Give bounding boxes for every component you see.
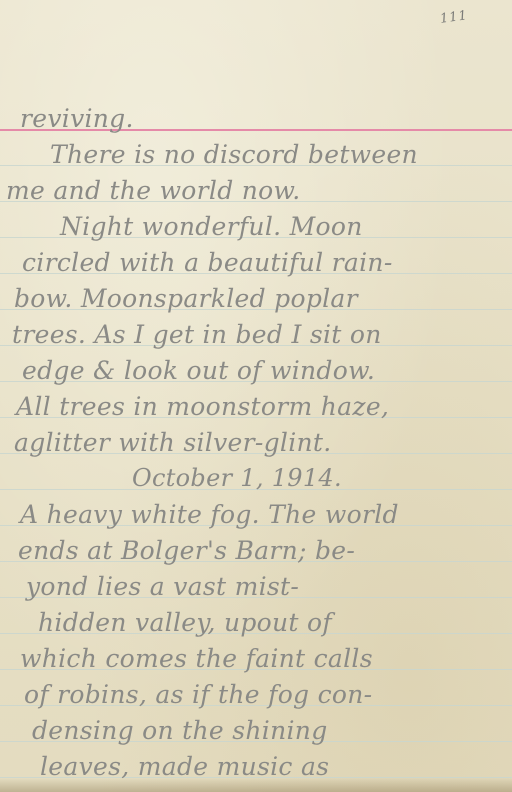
text-line: All trees in moonstorm haze,: [16, 392, 389, 421]
text-line: hidden valley, upout of: [38, 608, 332, 637]
text-line: yond lies a vast mist-: [26, 572, 299, 601]
text-line: circled with a beautiful rain-: [22, 248, 393, 277]
text-line: leaves, made music as: [40, 752, 329, 781]
entry-date: October 1, 1914.: [132, 464, 342, 492]
text-line: which comes the faint calls: [20, 644, 373, 673]
text-line: A heavy white fog. The world: [20, 500, 399, 529]
text-line: There is no discord between: [50, 140, 418, 169]
text-line: densing on the shining: [32, 716, 328, 745]
text-line: ends at Bolger's Barn; be-: [18, 536, 355, 565]
text-line: of robins, as if the fog con-: [24, 680, 372, 709]
text-line: me and the world now.: [6, 176, 300, 205]
diary-page: 111 reviving. There is no discord betwee…: [0, 0, 512, 792]
text-line: Night wonderful. Moon: [60, 212, 363, 241]
page-number: 111: [439, 8, 469, 27]
text-line: reviving.: [20, 104, 134, 133]
text-line: edge & look out of window.: [22, 356, 375, 385]
text-line: bow. Moonsparkled poplar: [14, 284, 358, 313]
text-line: trees. As I get in bed I sit on: [12, 320, 382, 349]
text-line: aglitter with silver-glint.: [14, 428, 332, 457]
page-bottom-edge: [0, 778, 512, 792]
